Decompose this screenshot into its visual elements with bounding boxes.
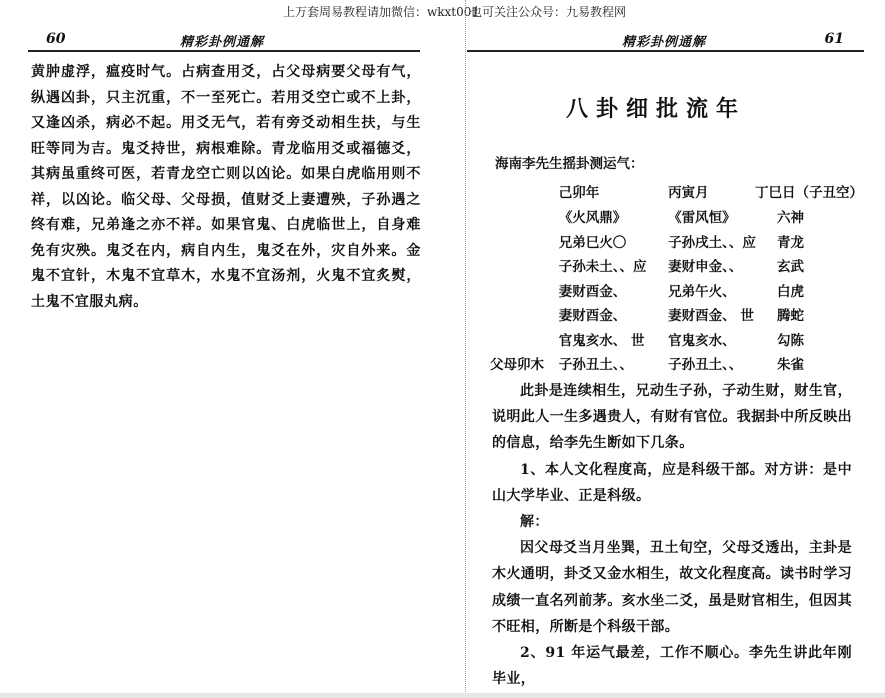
chapter-title: 八卦细批流年 (566, 92, 746, 123)
date-day-text: 丁巳日（子丑空） (755, 185, 863, 201)
table-row: 兄弟巳火〇 子孙戌土、、应 青龙 (490, 229, 885, 254)
right-header-rule (467, 50, 864, 52)
date-row: 己卯年 丙寅月 丁巳日（子丑空） (490, 178, 885, 204)
book-spread: 上万套周易教程请加微信：wkxt001 也可关注公众号：九易教程网 60 精彩卦… (0, 0, 885, 698)
date-year: 己卯年 (559, 178, 668, 204)
date-day: 丁巳日（子丑空） (777, 178, 885, 204)
paragraph-explanation-label: 解： (492, 509, 852, 535)
table-row: 父母卯木 子孙丑土、、 子孙丑土、、 朱雀 (490, 351, 885, 376)
paragraph-explanation: 因父母爻当月坐巽，丑土旬空，父母爻透出，主卦是木火通明，卦爻又金水相生，故文化程… (492, 535, 852, 640)
left-header-rule (28, 50, 420, 52)
table-header-row: 《火风鼎》 《雷风恒》 六神 (490, 204, 885, 229)
hexagram-table: 己卯年 丙寅月 丁巳日（子丑空） 《火风鼎》 《雷风恒》 六神 兄弟巳火〇 子孙… (490, 178, 885, 376)
header-six-spirits: 六神 (777, 204, 885, 229)
right-page-header: 精彩卦例通解 61 (467, 28, 862, 50)
right-page-number: 61 (825, 31, 844, 47)
intro-line: 海南李先生摇卦测运气： (495, 152, 644, 172)
left-page-body: 黄肿虚浮，瘟疫时气。占病查用爻，占父母病要父母有气，纵遇凶卦，只主沉重，不一至死… (31, 60, 421, 315)
left-page-header: 60 精彩卦例通解 (30, 28, 418, 50)
paragraph-analysis: 此卦是连续相生，兄动生子孙，子动生财，财生官，说明此人一生多遇贵人，有财有官位。… (492, 378, 852, 457)
page-gutter-divider (465, 0, 466, 698)
table-row: 官鬼亥水、 世 官鬼亥水、 勾陈 (490, 327, 885, 352)
table-row: 妻财酉金、 妻财酉金、 世 腾蛇 (490, 302, 885, 327)
right-page-body: 此卦是连续相生，兄动生子孙，子动生财，财生官，说明此人一生多遇贵人，有财有官位。… (492, 378, 852, 692)
header-changed-hexagram: 《雷风恒》 (668, 204, 777, 229)
bottom-scroll-edge (0, 693, 885, 698)
paragraph-point-1: 1、本人文化程度高，应是科级干部。对方讲：是中山大学毕业、正是科级。 (492, 457, 852, 509)
left-page-number: 60 (46, 31, 65, 47)
header-main-hexagram: 《火风鼎》 (559, 204, 668, 229)
table-row: 子孙未土、、应 妻财申金、、 玄武 (490, 253, 885, 278)
left-paragraph: 黄肿虚浮，瘟疫时气。占病查用爻，占父母病要父母有气，纵遇凶卦，只主沉重，不一至死… (31, 60, 421, 315)
right-running-title: 精彩卦例通解 (622, 31, 706, 50)
paragraph-point-2: 2、91 年运气最差，工作不顺心。李先生讲此年刚毕业， (492, 640, 852, 692)
left-running-title: 精彩卦例通解 (180, 31, 264, 50)
table-row: 妻财酉金、 兄弟午火、 白虎 (490, 278, 885, 303)
watermark-left: 上万套周易教程请加微信：wkxt001 (283, 4, 479, 20)
watermark-right: 也可关注公众号：九易教程网 (470, 4, 626, 20)
